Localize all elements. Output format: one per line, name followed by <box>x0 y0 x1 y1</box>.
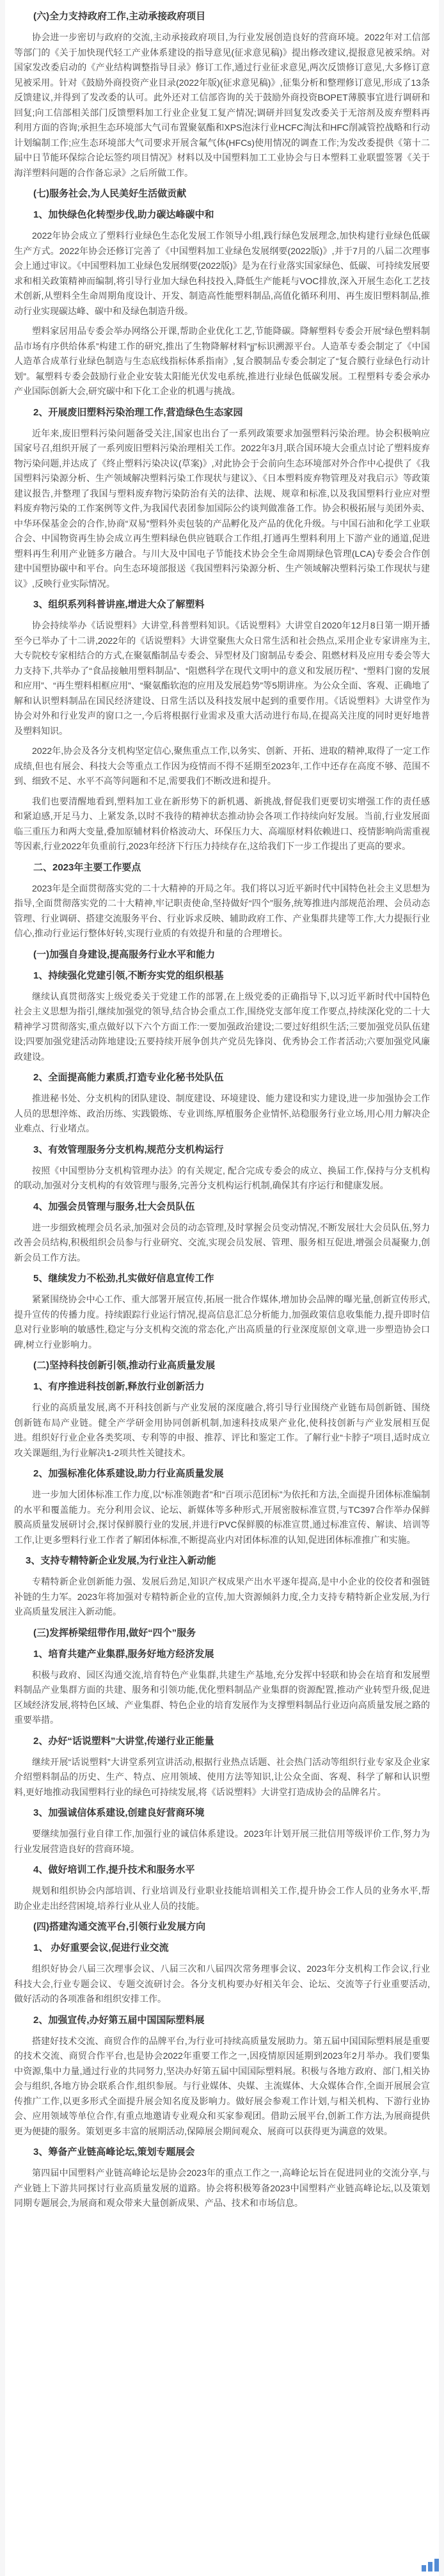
sub-heading: 2、办好“话说塑料”大讲堂,传递行业正能量 <box>14 1734 430 1749</box>
paragraph: 协会进一步密切与政府的交流,主动承接政府项目,为行业发展创造良好的营商环境。20… <box>14 30 430 180</box>
sub-heading: 1、加快绿色化转型步伐,助力碳达峰碳中和 <box>14 207 430 223</box>
paragraph: 组织好协会八届三次理事会议、八届三次和八届四次常务理事会议、2023年分支机构工… <box>14 1962 430 2007</box>
section-heading: (四)搭建沟通交流平台,引领行业发展方向 <box>14 1919 430 1935</box>
paragraph: 第四届中国塑料产业链高峰论坛是协会2023年的重点工作之一,高峰论坛旨在促进同业… <box>14 2166 430 2211</box>
sub-heading: 1、 办好重要会议,促进行业交流 <box>14 1940 430 1956</box>
section-heading: (二)坚持科技创新引领,推动行业高质量发展 <box>14 1358 430 1373</box>
paragraph: 进一步细致梳理会员名录,加强对会员的动态管理,及时掌握会员变动情况,不断发展壮大… <box>14 1220 430 1266</box>
paragraph: 行业的高质量发展,离不开科技创新与产业发展的深度融合,将引导行业围绕产业链布局创… <box>14 1400 430 1460</box>
sub-heading: 1、持续强化党建引领,不断夯实党的组织根基 <box>14 968 430 984</box>
article-page: (六)全力支持政府工作,主动承接政府项目 协会进一步密切与政府的交流,主动承接政… <box>0 0 444 2576</box>
paragraph: 搭建好技术交流、商贸合作的品牌平台,为行业可持续高质量发展助力。第五届中国国际塑… <box>14 2034 430 2140</box>
article-body: (六)全力支持政府工作,主动承接政府项目 协会进一步密切与政府的交流,主动承接政… <box>5 0 439 2576</box>
sub-heading: 4、做好培训工作,提升技术和服务水平 <box>14 1862 430 1878</box>
paragraph: 推进秘书处、分支机构的团队建设、制度建设、环境建设、能力建设和实力建设,进一步加… <box>14 1091 430 1137</box>
paragraph: 专精特新企业创新能力强、发展后劲足,知识产权成果产出水平逐年提高,是中小企业的佼… <box>14 1574 430 1620</box>
paragraph: 我们也要清醒地看到,塑料加工业在新形势下的新机遇、新挑战,督促我们更要切实增强工… <box>14 794 430 854</box>
paragraph: 积极与政府、园区沟通交流,培育特色产业集群,共建生产基地,充分发挥中轻联和协会在… <box>14 1668 430 1728</box>
sub-heading: 2、加强宣传,办好第五届中国国际塑料展 <box>14 2013 430 2028</box>
section-heading: 二、2023年主要工作要点 <box>14 860 430 876</box>
paragraph: 按照《中国塑协分支机构管理办法》的有关规定, 配合完成专委会的成立、换届工作,保… <box>14 1164 430 1194</box>
paragraph: 进一步加大团体标准工作力度,以“标准领跑者”和“百项示范团标”为依托和方法,全面… <box>14 1487 430 1548</box>
paragraph: 2023年是全面贯彻落实党的二十大精神的开局之年。我们将以习近平新时代中国特色社… <box>14 881 430 941</box>
paragraph: 塑料家居用品专委会举办网络公开课,帮助企业优化工艺,节能降碳。降解塑料专委会开展… <box>14 324 430 399</box>
paragraph: 协会持续举办《话说塑料》大讲堂,科普塑料知识。《话说塑料》大讲堂自2020年12… <box>14 618 430 739</box>
paragraph: 规划和组织协会内部培训、行业培训及行业职业技能培训相关工作,提升协会工作人员的业… <box>14 1884 430 1914</box>
sub-heading: 3、组织系列科普讲座,增进大众了解塑料 <box>14 597 430 612</box>
section-heading: (一)加强自身建设,提高服务行业水平和能力 <box>14 947 430 963</box>
sub-heading: 3、筹备产业链高峰论坛,策划专题展会 <box>14 2145 430 2160</box>
sub-heading: 1、有序推进科技创新,释放行业创新活力 <box>14 1379 430 1395</box>
paragraph: 2022年协会成立了塑料行业绿色生态化发展工作领导小组,践行绿色发展理念,加快构… <box>14 228 430 319</box>
paragraph: 2022年,协会及各分支机构坚定信心,聚焦重点工作,以务实、创新、开拓、进取的精… <box>14 744 430 789</box>
paragraph: 近年来,废旧塑料污染问题备受关注,国家也出台了一系列政策要求加强塑料污染治理。协… <box>14 426 430 592</box>
sub-heading: 2、加强标准化体系建设,助力行业高质量发展 <box>14 1466 430 1482</box>
section-heading: (六)全力支持政府工作,主动承接政府项目 <box>14 9 430 24</box>
paragraph: 紧紧围绕协会中心工作、重大部署开展宣传,拓展一批合作媒体,增加协会品牌的曝光量,… <box>14 1292 430 1352</box>
sub-heading: 1、培育共建产业集群,服务好地方经济发展 <box>14 1647 430 1662</box>
paragraph: 继续认真贯彻落实上级党委关于党建工作的部署,在上级党委的正确指导下,以习近平新时… <box>14 989 430 1065</box>
paragraph: 继续开展“话说塑料”大讲堂系列宣讲活动,根据行业热点话题、社会热门活动等组织行业… <box>14 1755 430 1800</box>
paragraph: 要继续加强行业自律工作,加强行业的诚信体系建设。2023年计划开展三批信用等级评… <box>14 1827 430 1857</box>
sub-heading: 3、有效管理服务分支机构,规范分支机构运行 <box>14 1142 430 1158</box>
section-heading: (三)发挥桥梁纽带作用,做好“四个”服务 <box>14 1626 430 1641</box>
sub-heading: 3、支持专精特新企业发展,为行业注入新动能 <box>14 1553 430 1569</box>
sub-heading: 2、开展废旧塑料污染治理工作,营造绿色生态家园 <box>14 405 430 420</box>
section-heading: (七)服务社会,为人民美好生活做贡献 <box>14 186 430 202</box>
sub-heading: 3、加强诚信体系建设,创建良好营商环境 <box>14 1805 430 1821</box>
sub-heading: 2、全面提高能力素质,打造专业化秘书处队伍 <box>14 1070 430 1085</box>
sub-heading: 4、加强会员管理与服务,壮大会员队伍 <box>14 1199 430 1215</box>
sub-heading: 5、继续发力不松劲,扎实做好信息宣传工作 <box>14 1271 430 1286</box>
bar-chart-icon <box>420 2559 439 2572</box>
